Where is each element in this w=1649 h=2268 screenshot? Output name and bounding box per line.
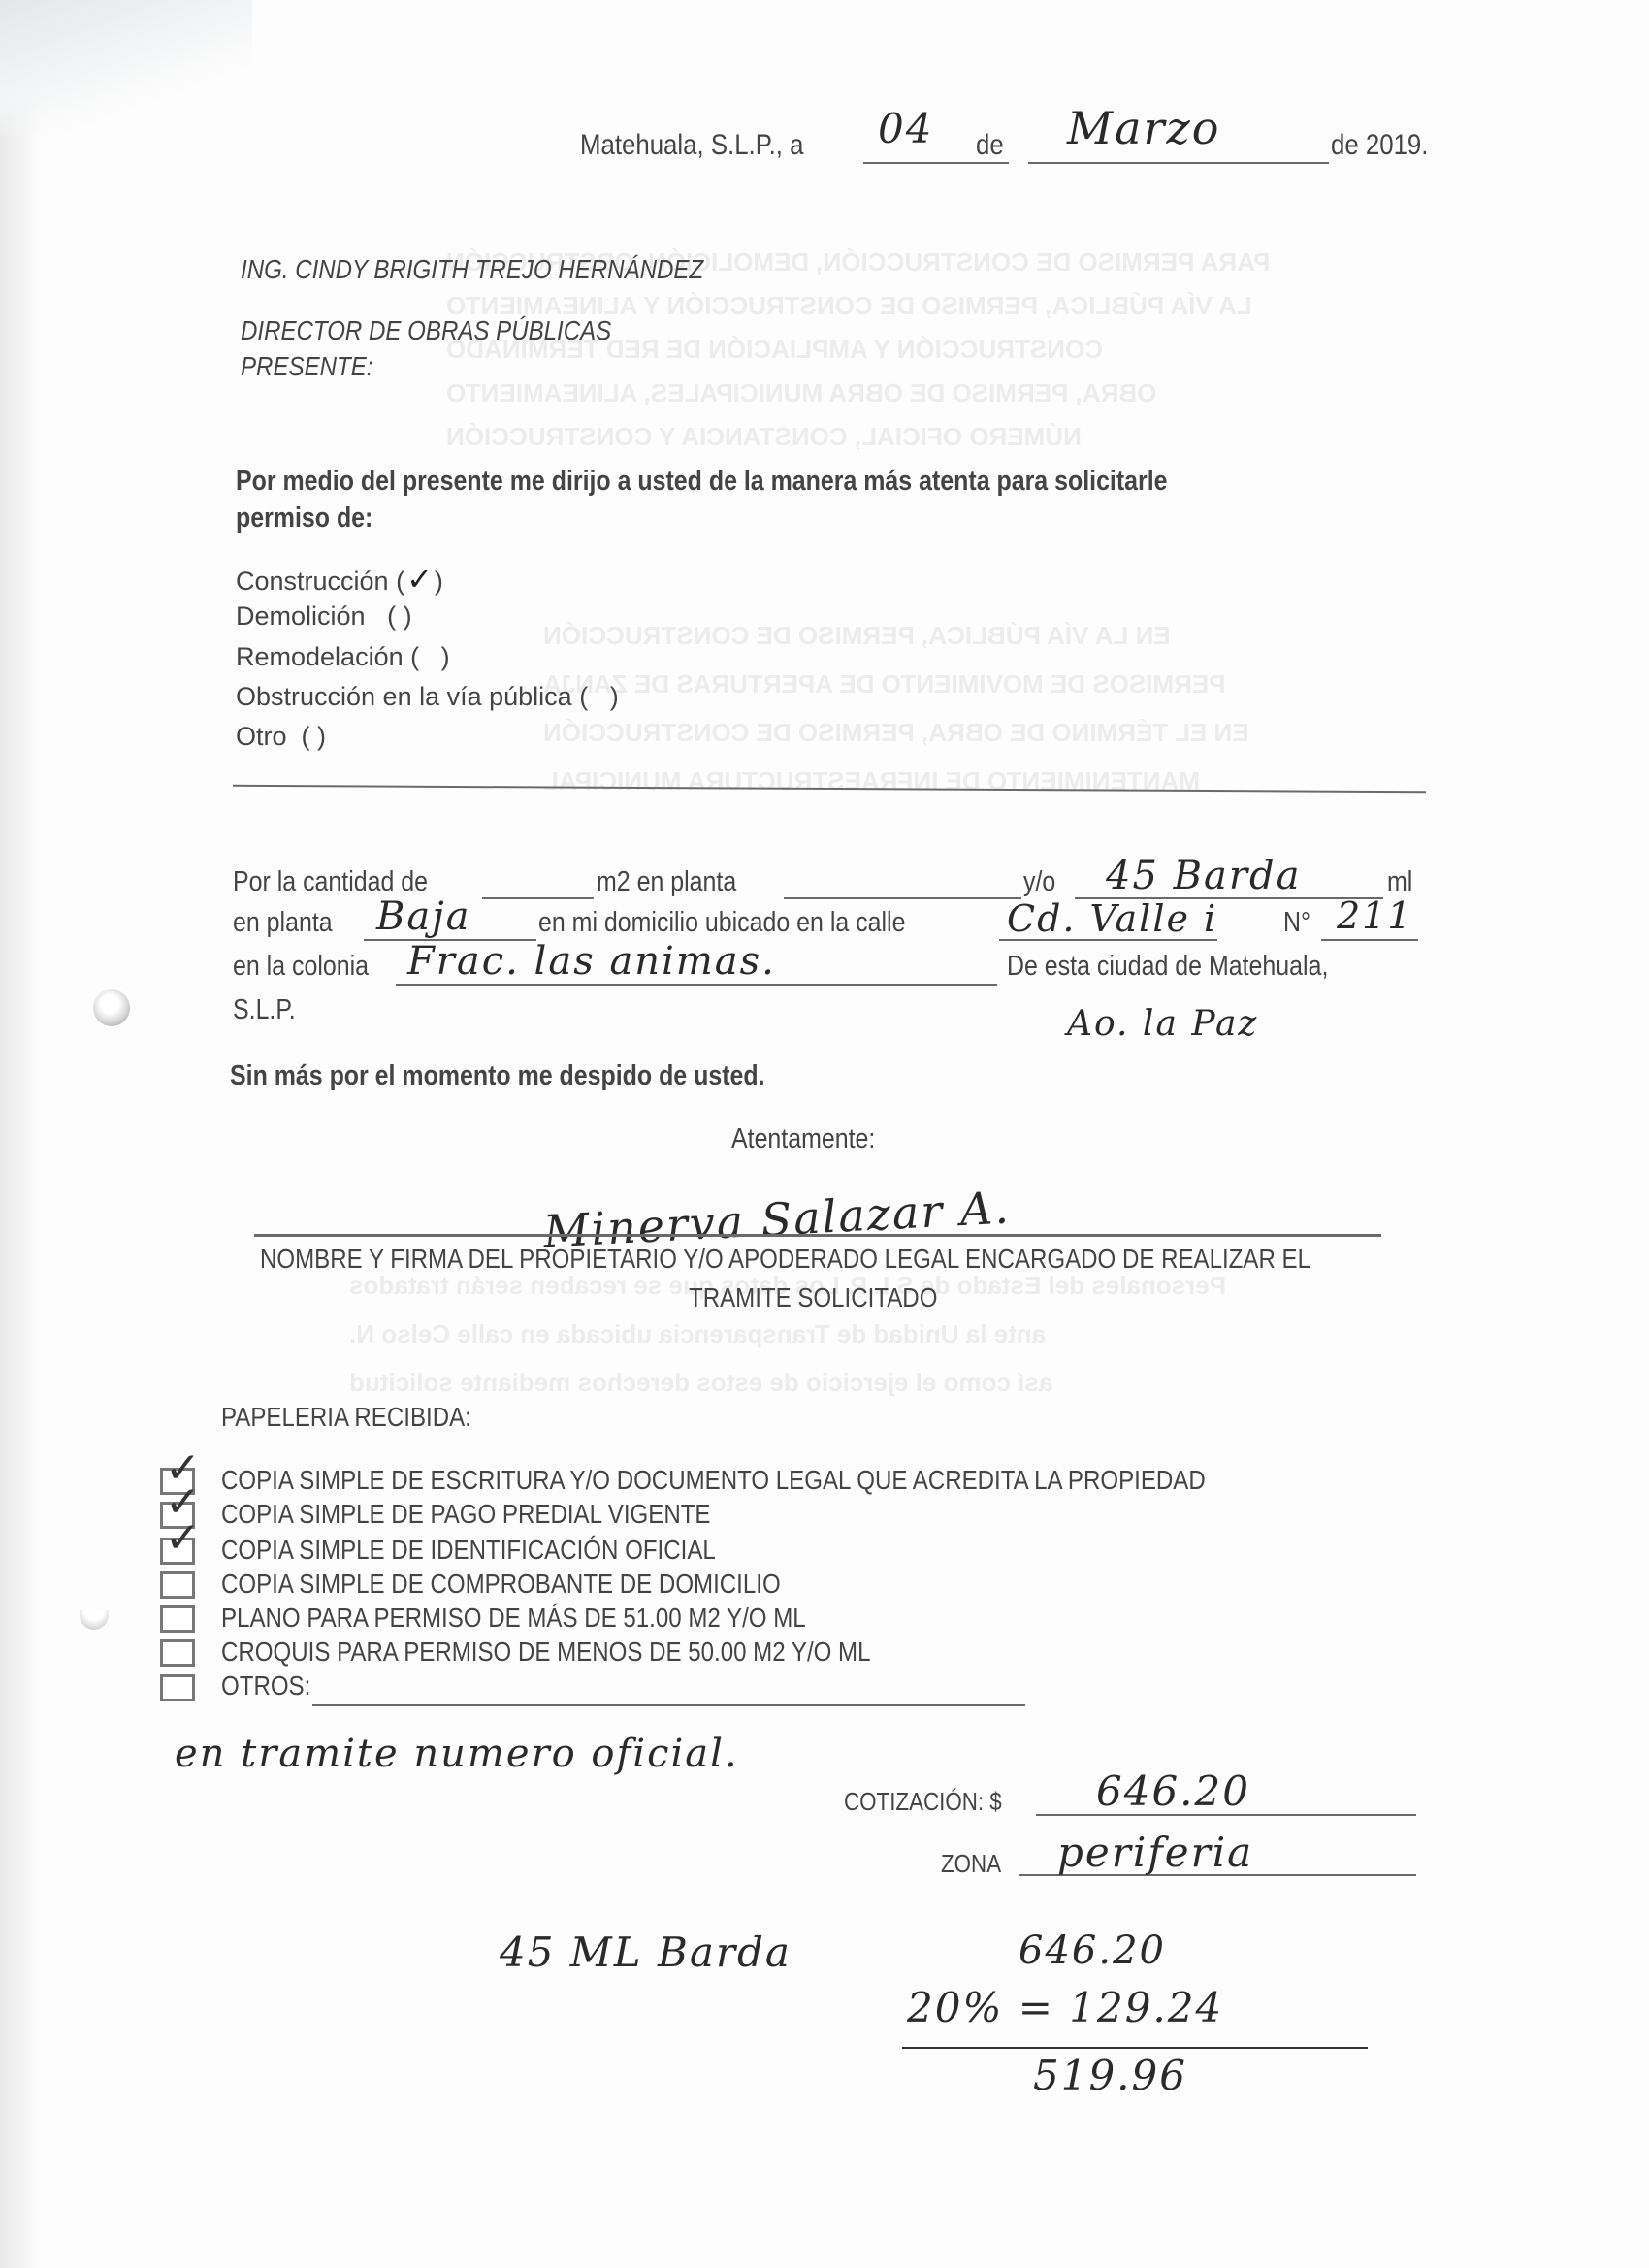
checkbox-plano[interactable] [160,1605,195,1633]
num-underline [1321,939,1418,941]
cotizacion-field[interactable]: 646.20 [1096,1767,1250,1815]
calc-base: 646.20 [1018,1928,1166,1973]
papeleria-item-domicilio: COPIA SIMPLE DE COMPROBANTE DE DOMICILIO [221,1569,781,1600]
signature-caption-1: NOMBRE Y FIRMA DEL PROPIETARIO Y/O APODE… [260,1244,1310,1275]
month-field[interactable]: Marzo [1067,102,1220,154]
show-through-text: PERMISOS DE MOVIMIENTO DE APERTURAS DE Z… [543,669,1226,699]
num-field[interactable]: 211 [1337,894,1413,937]
checkbox-croquis[interactable] [160,1639,195,1667]
punch-hole-icon [93,989,130,1026]
checkbox-domicilio[interactable] [160,1571,195,1599]
calc-sum-line [902,2047,1368,2049]
ml-field[interactable]: 45 Barda [1106,854,1301,898]
signature-caption-2: TRAMITE SOLICITADO [689,1282,937,1313]
show-through-text: NÚMERO OFICIAL, CONSTANCIA Y CONSTRUCCIÓ… [446,422,1082,452]
punch-hole-icon [80,1610,109,1630]
colonia-label: en la colonia [233,951,369,983]
show-through-text: así como el ejercicio de estos derechos … [349,1368,1052,1398]
checkbox-otros[interactable] [160,1674,195,1701]
ciudad-label: De esta ciudad de Matehuala, [1007,951,1328,983]
date-de-label: de [976,129,1004,162]
farewell-text: Sin más por el momento me despido de ust… [230,1060,765,1092]
greeting: PRESENTE: [241,351,372,382]
permit-option-obstruccion[interactable]: Obstrucción en la vía pública ( ) [236,682,619,712]
m2-label: m2 en planta [597,866,736,898]
slp-label: S.L.P. [233,994,296,1026]
date-prefix: Matehuala, S.L.P., a [580,129,803,162]
cotizacion-label: COTIZACIÓN: $ [844,1787,1002,1817]
papeleria-item-identificacion: COPIA SIMPLE DE IDENTIFICACIÓN OFICIAL [221,1535,716,1566]
intro-line-2: permiso de: [236,502,372,535]
handwritten-annotation: Ao. la Paz [1067,1004,1258,1044]
show-through-text: OBRA, PERMISO DE OBRA MUNICIPALES, ALINE… [446,378,1156,408]
permit-option-remodelacion[interactable]: Remodelación ( ) [236,642,450,672]
show-through-text: EN EL TÉRMINO DE OBRA, PERMISO DE CONSTR… [543,718,1249,748]
num-label: N° [1283,907,1310,939]
domicilio-label: en mi domicilio ubicado en la calle [538,907,905,939]
addressee-title: DIRECTOR DE OBRAS PÚBLICAS [241,315,611,346]
otros-field[interactable] [312,1704,1025,1706]
show-through-text: ante la Unidad de Transparencia ubicada … [349,1319,1046,1349]
permit-option-demolicion[interactable]: Demolición ( ) [236,601,412,632]
papeleria-item-escritura: COPIA SIMPLE DE ESCRITURA Y/O DOCUMENTO … [221,1465,1206,1496]
zona-label: ZONA [941,1849,1001,1879]
check-mark-icon: ✓ [406,562,433,597]
papeleria-item-croquis: CROQUIS PARA PERMISO DE MENOS DE 50.00 M… [221,1636,871,1668]
day-field[interactable]: 04 [878,105,933,152]
calc-total: 519.96 [1033,2052,1187,2099]
yo-label: y/o [1023,866,1055,898]
atentamente-label: Atentamente: [731,1123,875,1155]
check-mark-icon: ✓ [165,1513,201,1563]
papeleria-title: PAPELERIA RECIBIDA: [221,1402,471,1433]
intro-line-1: Por medio del presente me dirijo a usted… [236,466,1168,498]
page-edge-shadow [0,0,39,2268]
show-through-text: MANTENIMIENTO DE INFRAESTRUCTURA MUNICIP… [543,766,1200,796]
day-underline [863,162,1009,164]
calc-item: 45 ML Barda [500,1928,792,1976]
calle-field[interactable]: Cd. Valle i [1007,897,1217,940]
month-underline [1028,162,1329,164]
papeleria-item-otros: OTROS: [221,1670,310,1701]
signature-line [254,1234,1381,1237]
en-planta-label: en planta [233,907,333,939]
papeleria-item-predial: COPIA SIMPLE DE PAGO PREDIAL VIGENTE [221,1499,710,1530]
zona-field[interactable]: periferia [1057,1829,1253,1876]
show-through-text: EN LA VÍA PÚBLICA, PERMISO DE CONSTRUCCI… [543,621,1171,651]
year-suffix: de 2019. [1331,129,1428,162]
otros-note: en tramite numero oficial. [175,1732,739,1776]
planta-field[interactable] [784,897,1021,899]
en-planta-field[interactable]: Baja [376,894,471,939]
colonia-field[interactable]: Frac. las animas. [407,939,776,984]
papeleria-item-plano: PLANO PARA PERMISO DE MÁS DE 51.00 M2 Y/… [221,1603,806,1634]
calc-discount: 20% = 129.24 [907,1984,1223,2031]
qty-field[interactable] [482,897,594,899]
colonia-underline [396,984,997,986]
folded-corner [0,0,252,136]
addressee-name: ING. CINDY BRIGITH TREJO HERNÁNDEZ [241,254,703,285]
permit-option-otro[interactable]: Otro ( ) [236,722,326,752]
permit-option-construccion[interactable]: Construcción (✓) [236,561,443,598]
